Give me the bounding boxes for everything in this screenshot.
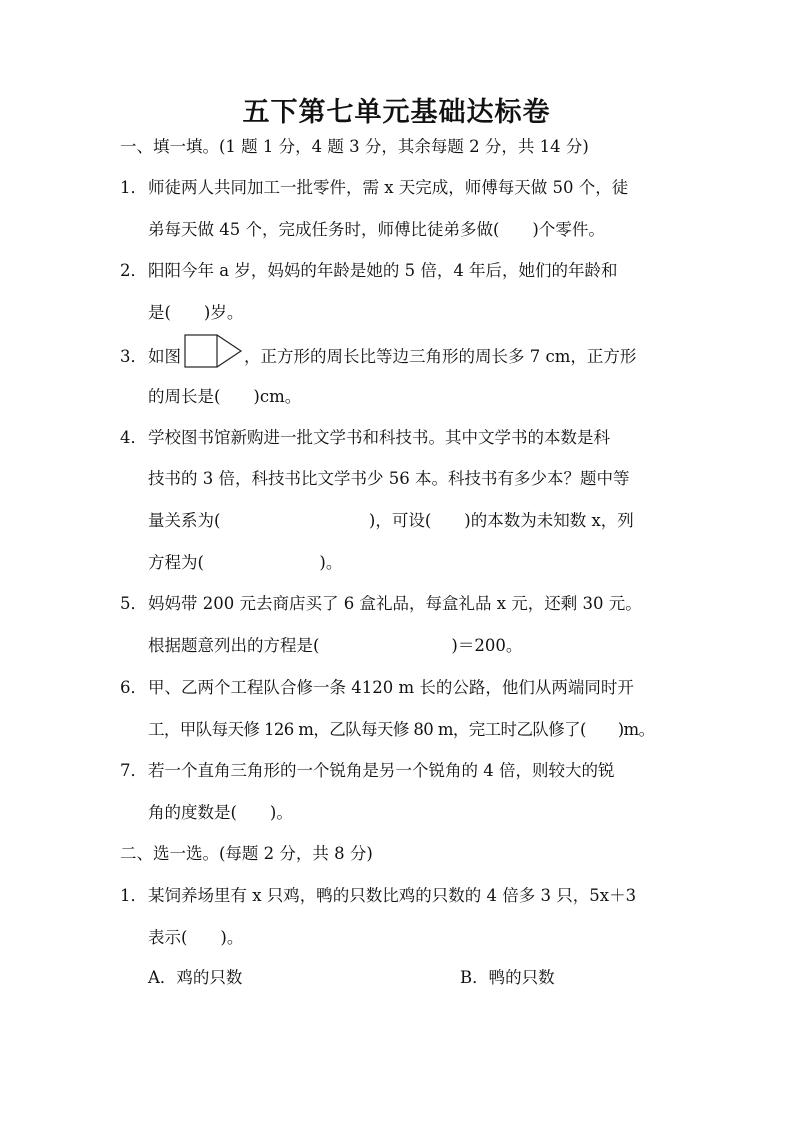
page-title: 五下第七单元基础达标卷	[0, 90, 793, 129]
question-text-line: 学校图书馆新购进一批文学书和科技书。其中文学书的本数是科	[148, 427, 610, 449]
question-number: 6．	[120, 677, 147, 699]
question-text-line: 妈妈带 200 元去商店买了 6 盒礼品，每盒礼品 x 元，还剩 30 元。	[148, 593, 642, 615]
question-text-line: 某饲养场里有 x 只鸡，鸭的只数比鸡的只数的 4 倍多 3 只，5x＋3	[148, 885, 636, 907]
question-text-line: 技书的 3 倍，科技书比文学书少 56 本。科技书有多少本？题中等	[148, 468, 629, 490]
question-number: 2．	[120, 260, 147, 282]
question-number: 1．	[120, 177, 147, 199]
question-text-line: 弟每天做 45 个，完成任务时，师傅比徒弟多做( )个零件。	[148, 219, 605, 241]
option-b[interactable]: B．鸭的只数	[460, 967, 555, 989]
option-a[interactable]: A．鸡的只数	[148, 967, 242, 989]
question-text-line: 量关系为( )，可设( )的本数为未知数 x，列	[148, 510, 634, 532]
question-text-line: 角的度数是( )。	[148, 802, 293, 824]
question-text-line: 根据题意列出的方程是( )＝200。	[148, 635, 522, 657]
question-text-line: 方程为( )。	[148, 552, 342, 574]
question-text-line: 阳阳今年 a 岁，妈妈的年龄是她的 5 倍，4 年后，她们的年龄和	[148, 260, 618, 282]
question-number: 1．	[120, 885, 147, 907]
question-text-line: ，正方形的周长比等边三角形的周长多 7 cm，正方形	[244, 346, 636, 368]
question-text-line: 师徒两人共同加工一批零件，需 x 天完成，师傅每天做 50 个，徒	[148, 177, 628, 199]
question-text-line: 若一个直角三角形的一个锐角是另一个锐角的 4 倍，则较大的锐	[148, 760, 615, 782]
question-number: 7．	[120, 760, 147, 782]
section-heading-fill-in: 一、填一填。(1 题 1 分，4 题 3 分，其余每题 2 分，共 14 分)	[120, 136, 589, 158]
question-number: 3．	[120, 346, 147, 368]
question-text-line: 的周长是( )cm。	[148, 386, 301, 408]
question-text-line: 是( )岁。	[148, 302, 243, 324]
question-text-line: 甲、乙两个工程队合修一条 4120 m 长的公路，他们从两端同时开	[148, 677, 634, 699]
question-text-line: 工，甲队每天修 126 m，乙队每天修 80 m，完工时乙队修了( )m。	[148, 719, 654, 741]
question-number: 5．	[120, 593, 147, 615]
square-triangle-figure	[184, 334, 244, 370]
question-text-line: 表示( )。	[148, 927, 243, 949]
question-number: 4．	[120, 427, 147, 449]
section-heading-choice: 二、选一选。(每题 2 分，共 8 分)	[120, 843, 373, 865]
question-text-line: 如图	[148, 346, 181, 368]
